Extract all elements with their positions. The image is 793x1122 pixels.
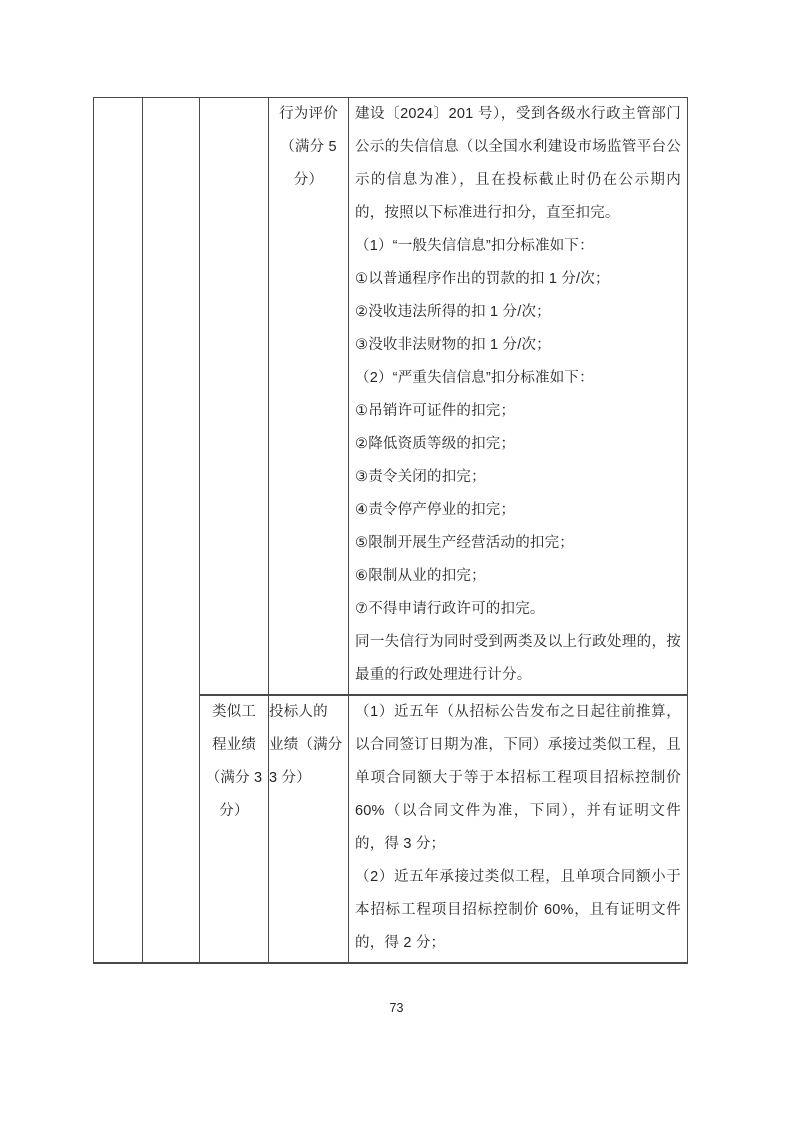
table-row-behavior-evaluation: 行为评价 （满分 5 分） 建设〔2024〕201 号），受到各级水行政主管部门… [94,98,688,696]
bidder-performance-criteria-text: （1）近五年（从招标公告发布之日起往前推算，以合同签订日期为准，下同）承接过类似… [349,696,687,962]
paragraph: ③没收非法财物的扣 1 分/次； [355,329,681,362]
paragraph: ⑦不得申请行政许可的扣完。 [355,593,681,626]
paragraph: （2）近五年承接过类似工程，且单项合同额小于本招标工程项目招标控制价 60%，且… [355,861,681,960]
cell-sub-item-behavior-evaluation: 行为评价 （满分 5 分） [269,98,349,696]
document-page: 行为评价 （满分 5 分） 建设〔2024〕201 号），受到各级水行政主管部门… [0,0,793,1122]
cell-empty-col1 [94,98,143,964]
page-number: 73 [0,1001,793,1015]
paragraph: ①吊销许可证件的扣完； [355,395,681,428]
paragraph: ③责令关闭的扣完； [355,461,681,494]
paragraph: ②降低资质等级的扣完； [355,428,681,461]
paragraph: ①以普通程序作出的罚款的扣 1 分/次； [355,263,681,296]
paragraph: ④责令停产停业的扣完； [355,494,681,527]
cell-criteria-behavior-evaluation: 建设〔2024〕201 号），受到各级水行政主管部门公示的失信信息（以全国水利建… [349,98,688,696]
paragraph: （3）近五年未承接过类似工程的得 0 分。 [355,960,681,962]
cell-item-similar-project-performance: 类似工 程业绩 （满分 3 分） [200,695,269,963]
paragraph: ⑥限制从业的扣完； [355,560,681,593]
paragraph: ⑤限制开展生产经营活动的扣完； [355,527,681,560]
cell-criteria-bidder-performance: （1）近五年（从招标公告发布之日起往前推算，以合同签订日期为准，下同）承接过类似… [349,695,688,963]
behavior-evaluation-criteria-text: 建设〔2024〕201 号），受到各级水行政主管部门公示的失信信息（以全国水利建… [349,98,687,694]
cell-sub-item-bidder-performance: 投标人的 业绩（满分 3 分） [269,695,349,963]
paragraph: ②没收违法所得的扣 1 分/次； [355,296,681,329]
evaluation-criteria-table: 行为评价 （满分 5 分） 建设〔2024〕201 号），受到各级水行政主管部门… [93,97,688,964]
cell-empty-col2 [143,98,200,964]
cell-item-label-empty [200,98,269,696]
paragraph: 同一失信行为同时受到两类及以上行政处理的，按最重的行政处理进行计分。 [355,626,681,692]
paragraph: （1）“一般失信信息”扣分标准如下： [355,230,681,263]
paragraph: （1）近五年（从招标公告发布之日起往前推算，以合同签订日期为准，下同）承接过类似… [355,696,681,861]
paragraph: 建设〔2024〕201 号），受到各级水行政主管部门公示的失信信息（以全国水利建… [355,98,681,230]
paragraph: （2）“严重失信信息”扣分标准如下： [355,362,681,395]
